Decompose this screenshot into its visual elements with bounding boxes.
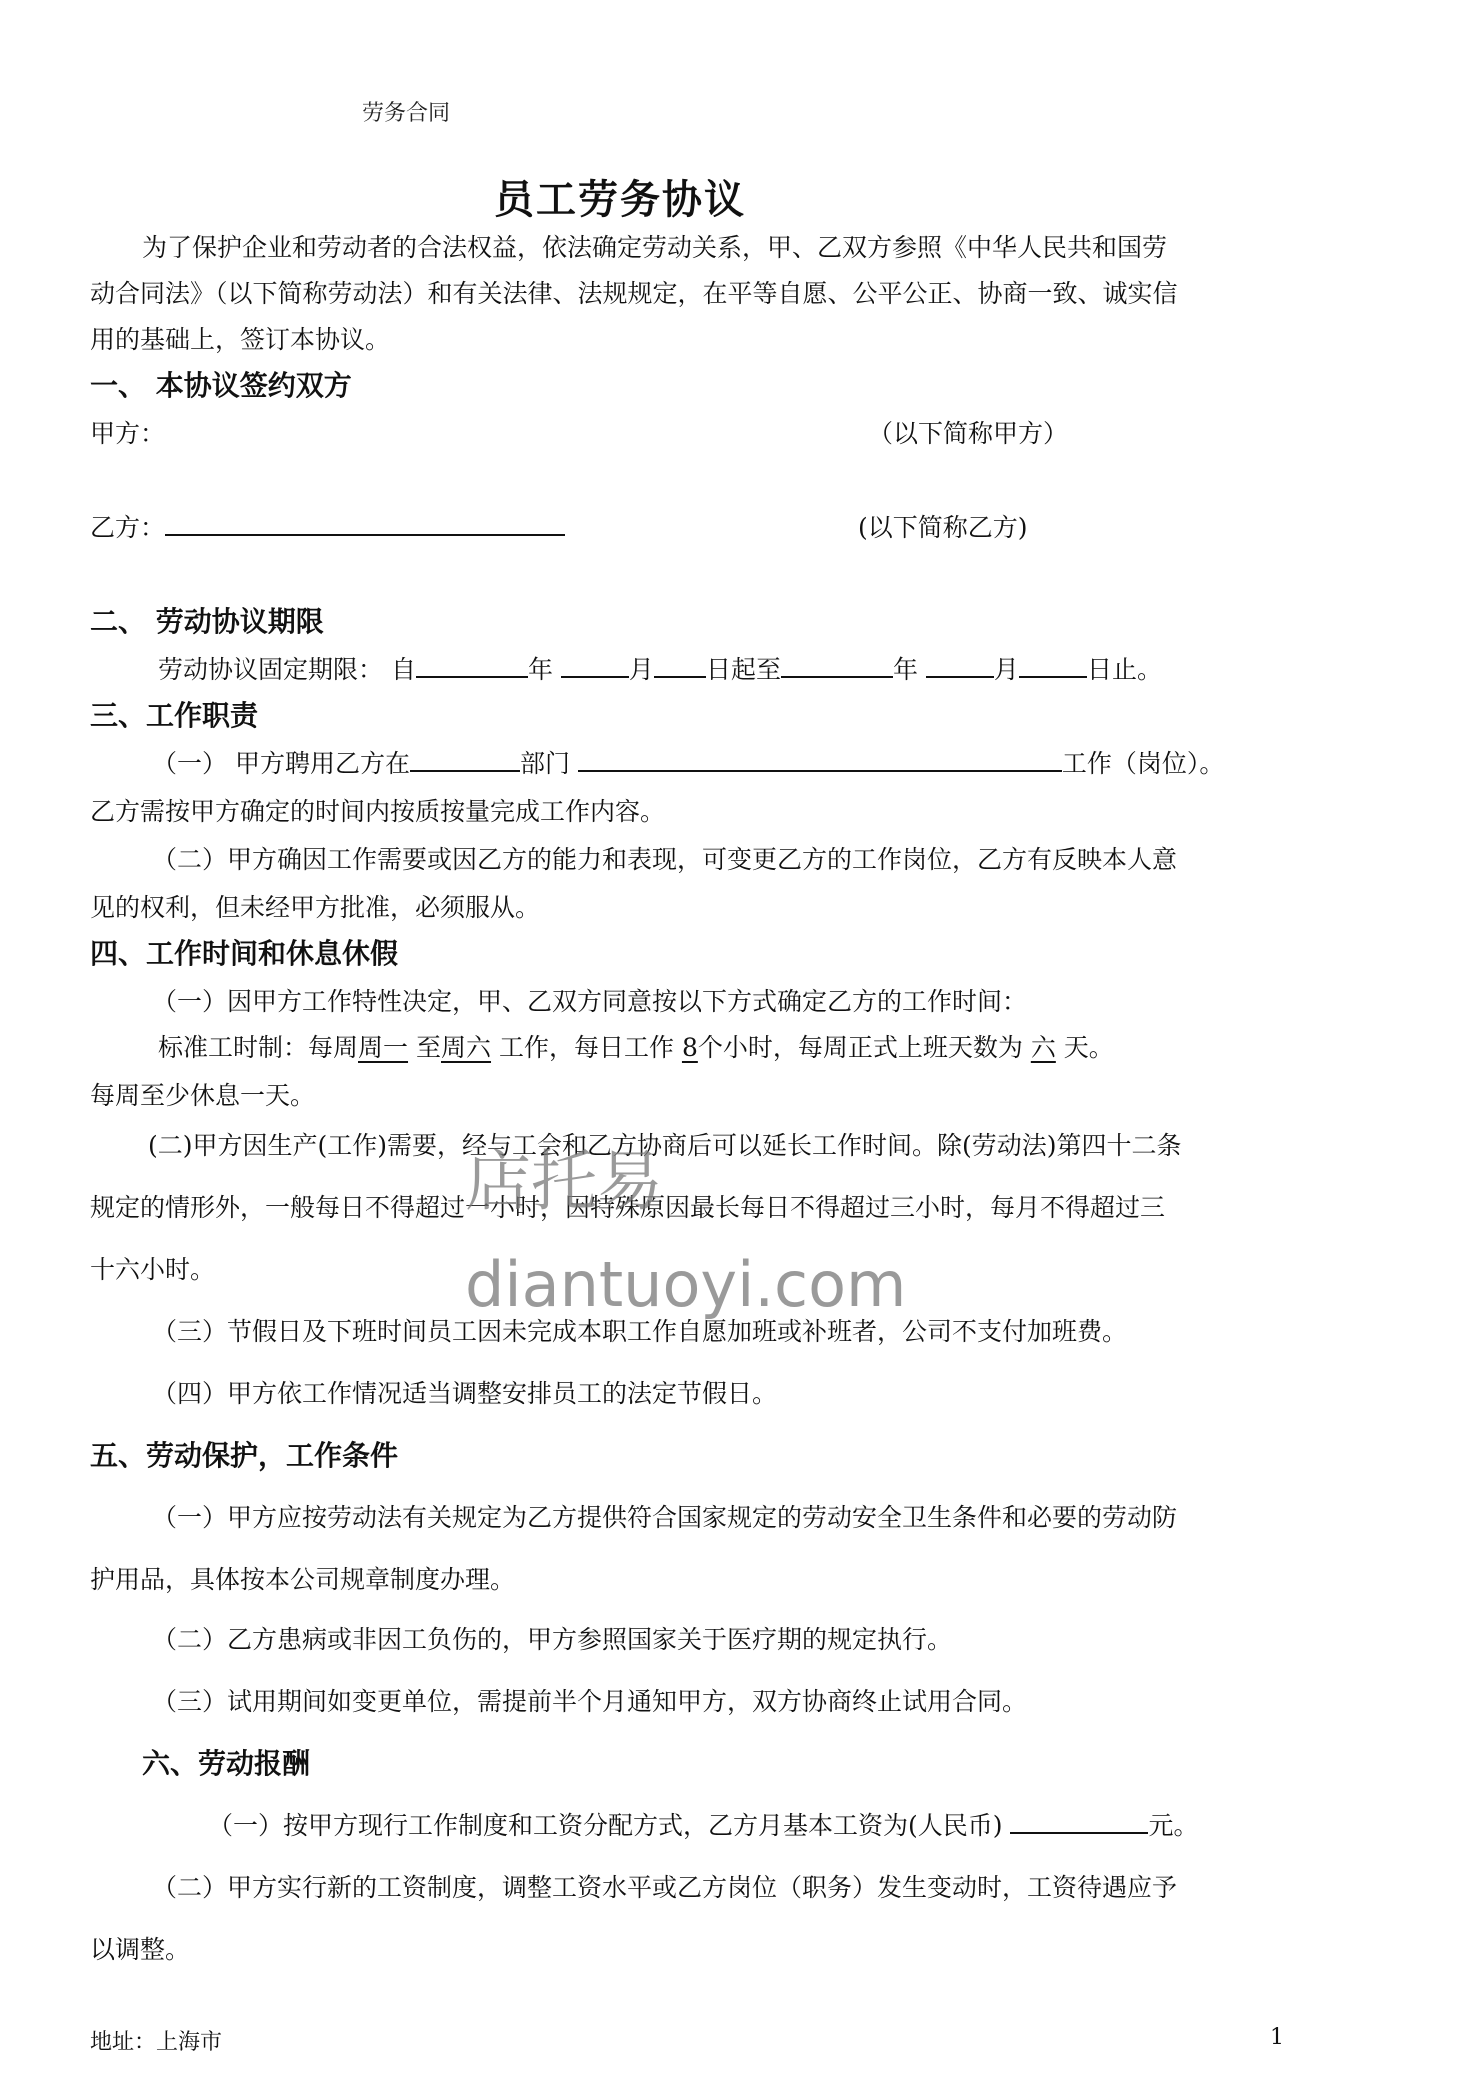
start-year-blank[interactable] xyxy=(416,650,528,678)
party-b-note: (以下简称乙方) xyxy=(858,504,1028,552)
duty-item-1-prefix: （一） 甲方聘用乙方在 xyxy=(152,749,410,778)
protection-item-2: （二）乙方患病或非因工负伤的，甲方参照国家关于医疗期的规定执行。 xyxy=(152,1616,1352,1664)
term-row: 劳动协议固定期限： 自年 月日起至年 月日止。 xyxy=(158,646,1162,694)
party-a-note: （以下简称甲方） xyxy=(868,410,1068,458)
hours-item-2-line-2: 规定的情形外，一般每日不得超过一小时，因特殊原因最长每日不得超过三小时，每月不得… xyxy=(90,1184,1290,1232)
watermark-en: diantuoyi.com xyxy=(465,1248,906,1321)
document-title: 员工劳务协议 xyxy=(0,168,1240,225)
day-from-label: 日起至 xyxy=(706,655,781,684)
section-6-heading: 六、劳动报酬 xyxy=(142,1740,1342,1788)
hours-item-1: （一）因甲方工作特性决定，甲、乙双方同意按以下方式确定乙方的工作时间： xyxy=(152,978,1352,1026)
month2-label: 月 xyxy=(994,655,1019,684)
section-4-heading: 四、工作时间和休息休假 xyxy=(90,930,1290,978)
footer-address: 地址：上海市 xyxy=(90,2025,222,2056)
section-3-heading: 三、工作职责 xyxy=(90,692,1290,740)
section-2-heading: 二、 劳动协议期限 xyxy=(90,598,1290,646)
days-value[interactable]: 六 xyxy=(1031,1033,1056,1062)
day-end-value[interactable]: 周六 xyxy=(441,1033,491,1062)
end-year-blank[interactable] xyxy=(781,650,893,678)
hours-item-4: （四）甲方依工作情况适当调整安排员工的法定节假日。 xyxy=(152,1370,1352,1418)
page-number: 1 xyxy=(1270,2025,1284,2050)
month-label: 月 xyxy=(629,655,654,684)
term-label: 劳动协议固定期限： 自 xyxy=(158,655,416,684)
party-a-label: 甲方： xyxy=(90,410,1290,458)
position-blank[interactable] xyxy=(578,744,1062,772)
intro-line-1: 为了保护企业和劳动者的合法权益，依法确定劳动关系，甲、乙双方参照《中华人民共和国… xyxy=(142,224,1342,272)
watermark-cn: 店托易 xyxy=(465,1128,663,1223)
rest-note: 每周至少休息一天。 xyxy=(90,1072,1290,1120)
duty-item-1: （一） 甲方聘用乙方在部门 工作（岗位）。 xyxy=(152,740,1224,788)
party-b-row: 乙方： xyxy=(90,504,565,552)
year2-label: 年 xyxy=(893,655,918,684)
department-blank[interactable] xyxy=(410,744,520,772)
days-suffix: 天。 xyxy=(1064,1033,1114,1062)
start-month-blank[interactable] xyxy=(561,650,629,678)
end-month-blank[interactable] xyxy=(926,650,994,678)
intro-line-3: 用的基础上，签订本协议。 xyxy=(90,316,1290,364)
protection-item-1-line-2: 护用品，具体按本公司规章制度办理。 xyxy=(90,1556,1290,1604)
salary-blank[interactable] xyxy=(1010,1806,1148,1834)
std-label: 标准工时制：每周 xyxy=(158,1033,358,1062)
work-daily-label: 工作，每日工作 xyxy=(499,1033,674,1062)
section-5-heading: 五、劳动保护，工作条件 xyxy=(90,1432,1290,1480)
protection-item-3: （三）试用期间如变更单位，需提前半个月通知甲方，双方协商终止试用合同。 xyxy=(152,1678,1352,1726)
pay-item-2-line-1: （二）甲方实行新的工资制度，调整工资水平或乙方岗位（职务）发生变动时，工资待遇应… xyxy=(152,1864,1352,1912)
duty-item-1-cont: 乙方需按甲方确定的时间内按质按量完成工作内容。 xyxy=(90,788,1290,836)
year-label: 年 xyxy=(528,655,553,684)
day-start-value[interactable]: 周一 xyxy=(358,1033,408,1062)
hours-item-2-line-1: (二)甲方因生产(工作)需要，经与工会和乙方协商后可以延长工作时间。除(劳动法)… xyxy=(148,1122,1348,1170)
department-label: 部门 xyxy=(520,749,570,778)
to-label: 至 xyxy=(416,1033,441,1062)
end-day-blank[interactable] xyxy=(1019,650,1087,678)
standard-hours-row: 标准工时制：每周周一 至周六 工作，每日工作 8个小时，每周正式上班天数为 六 … xyxy=(158,1024,1114,1072)
day-to-label: 日止。 xyxy=(1087,655,1162,684)
start-day-blank[interactable] xyxy=(654,650,706,678)
party-b-label: 乙方： xyxy=(90,513,165,542)
pay-item-1: （一）按甲方现行工作制度和工资分配方式，乙方月基本工资为(人民币) 元。 xyxy=(208,1802,1198,1850)
section-1-heading: 一、 本协议签约双方 xyxy=(90,362,1290,410)
protection-item-1-line-1: （一）甲方应按劳动法有关规定为乙方提供符合国家规定的劳动安全卫生条件和必要的劳动… xyxy=(152,1494,1352,1542)
hours-value[interactable]: 8 xyxy=(682,1033,698,1062)
header-note: 劳务合同 xyxy=(362,96,450,127)
duty-item-2-line-1: （二）甲方确因工作需要或因乙方的能力和表现，可变更乙方的工作岗位，乙方有反映本人… xyxy=(152,836,1352,884)
pay-item-1-prefix: （一）按甲方现行工作制度和工资分配方式，乙方月基本工资为(人民币) xyxy=(208,1811,1003,1840)
intro-line-2: 动合同法》（以下简称劳动法）和有关法律、法规规定，在平等自愿、公平公正、协商一致… xyxy=(90,270,1290,318)
pay-item-2-line-2: 以调整。 xyxy=(90,1926,1290,1974)
hours-suffix: 个小时，每周正式上班天数为 xyxy=(698,1033,1023,1062)
duty-item-2-line-2: 见的权利，但未经甲方批准，必须服从。 xyxy=(90,884,1290,932)
party-b-blank[interactable] xyxy=(165,508,565,536)
position-label: 工作（岗位）。 xyxy=(1062,749,1225,778)
pay-item-1-suffix: 元。 xyxy=(1148,1811,1198,1840)
